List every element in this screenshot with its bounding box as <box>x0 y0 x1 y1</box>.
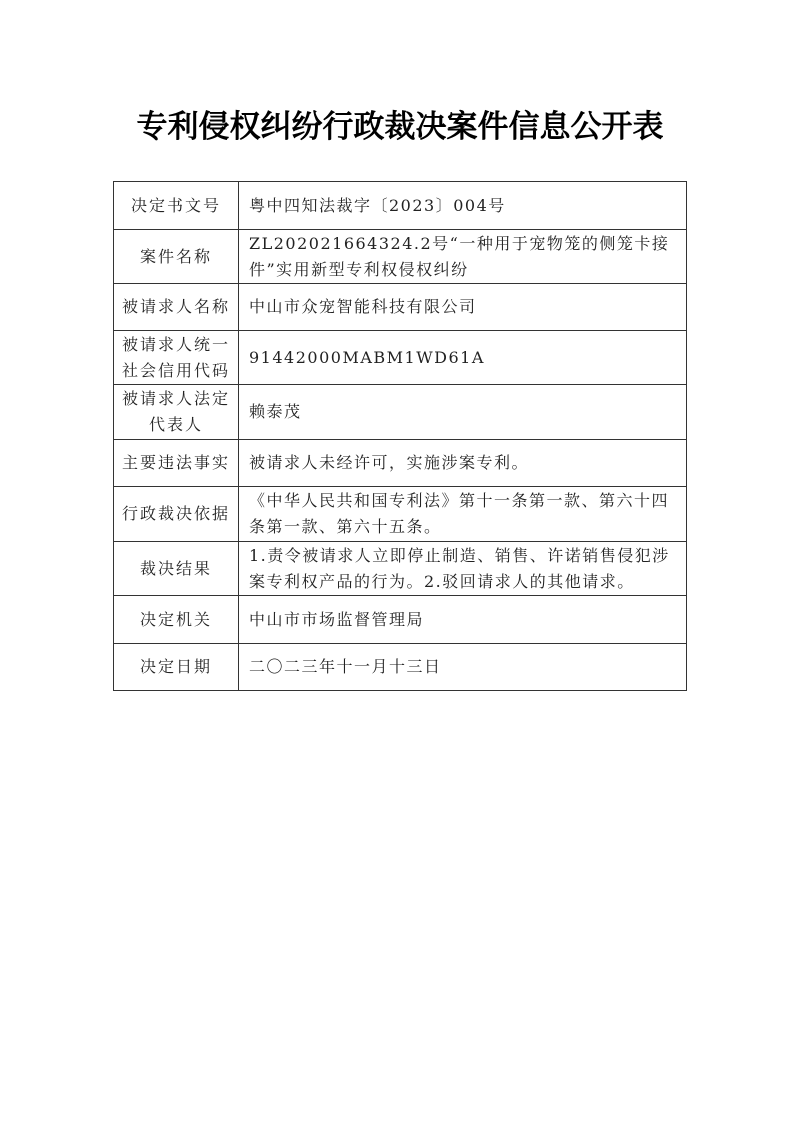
row-label: 决定书文号 <box>114 182 239 230</box>
row-label: 被请求人统一社会信用代码 <box>114 331 239 385</box>
row-value: 《中华人民共和国专利法》第十一条第一款、第六十四条第一款、第六十五条。 <box>239 487 687 542</box>
table-row-ruling-result: 裁决结果 1.责令被请求人立即停止制造、销售、许诺销售侵犯涉案专利权产品的行为。… <box>114 542 687 596</box>
row-label: 被请求人法定代表人 <box>114 385 239 440</box>
row-label: 决定机关 <box>114 596 239 644</box>
row-label: 被请求人名称 <box>114 284 239 331</box>
row-value: 中山市众宠智能科技有限公司 <box>239 284 687 331</box>
row-value: 赖泰茂 <box>239 385 687 440</box>
case-info-table: 决定书文号 粤中四知法裁字〔2023〕004号 案件名称 ZL202021664… <box>113 181 687 691</box>
table-row-decision-number: 决定书文号 粤中四知法裁字〔2023〕004号 <box>114 182 687 230</box>
table-row-main-facts: 主要违法事实 被请求人未经许可，实施涉案专利。 <box>114 440 687 487</box>
row-label: 主要违法事实 <box>114 440 239 487</box>
row-label: 行政裁决依据 <box>114 487 239 542</box>
row-label: 裁决结果 <box>114 542 239 596</box>
page-title: 专利侵权纠纷行政裁决案件信息公开表 <box>0 103 800 151</box>
table-row-decision-date: 决定日期 二〇二三年十一月十三日 <box>114 644 687 691</box>
row-value: ZL202021664324.2号“一种用于宠物笼的侧笼卡接件”实用新型专利权侵… <box>239 230 687 284</box>
row-value: 1.责令被请求人立即停止制造、销售、许诺销售侵犯涉案专利权产品的行为。2.驳回请… <box>239 542 687 596</box>
table-row-respondent-name: 被请求人名称 中山市众宠智能科技有限公司 <box>114 284 687 331</box>
row-value: 中山市市场监督管理局 <box>239 596 687 644</box>
row-value: 91442000MABM1WD61A <box>239 331 687 385</box>
table-row-legal-basis: 行政裁决依据 《中华人民共和国专利法》第十一条第一款、第六十四条第一款、第六十五… <box>114 487 687 542</box>
row-value: 二〇二三年十一月十三日 <box>239 644 687 691</box>
row-value: 被请求人未经许可，实施涉案专利。 <box>239 440 687 487</box>
row-value: 粤中四知法裁字〔2023〕004号 <box>239 182 687 230</box>
row-label: 案件名称 <box>114 230 239 284</box>
table-row-credit-code: 被请求人统一社会信用代码 91442000MABM1WD61A <box>114 331 687 385</box>
table-row-legal-representative: 被请求人法定代表人 赖泰茂 <box>114 385 687 440</box>
table-row-decision-authority: 决定机关 中山市市场监督管理局 <box>114 596 687 644</box>
table-row-case-name: 案件名称 ZL202021664324.2号“一种用于宠物笼的侧笼卡接件”实用新… <box>114 230 687 284</box>
row-label: 决定日期 <box>114 644 239 691</box>
